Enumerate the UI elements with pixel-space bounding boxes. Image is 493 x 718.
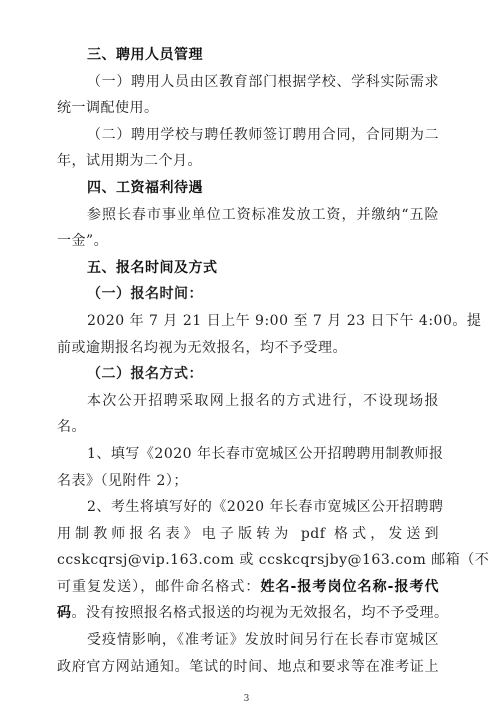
paragraph-line: 1、填写《2020 年长春市宽城区公开招聘聘用制教师报 [57,441,439,468]
paragraph-line: 受疫情影响，《准考证》发放时间另行在长春市宽城区 [57,627,439,654]
paragraph-line: （一）聘用人员由区教育部门根据学校、学科实际需求 [57,69,439,96]
paragraph-line: 码。没有按照报名格式报送的均视为无效报名，均不予受理。 [57,600,439,627]
page-number: 3 [0,694,493,704]
subheading-registration-time: （一）报名时间： [57,281,439,308]
section-3-heading: 三、聘用人员管理 [57,42,439,69]
naming-format-bold-end: 码 [57,605,72,621]
paragraph-line: 本次公开招聘采取网上报名的方式进行，不设现场报 [57,388,439,415]
invalid-registration-text: 。没有按照报名格式报送的均视为无效报名，均不予受理。 [72,605,449,621]
paragraph-line: 参照长春市事业单位工资标准发放工资，并缴纳“五险 [57,202,439,229]
subheading-registration-method: （二）报名方式： [57,361,439,388]
paragraph-line: 政府官方网站通知。笔试的时间、地点和要求等在准考证上 [57,654,439,681]
section-5-heading: 五、报名时间及方式 [57,255,439,282]
paragraph-line: 2、考生将填写好的《2020 年长春市宽城区公开招聘聘 [57,494,439,521]
paragraph-line: 名表》（见附件 2）； [57,468,439,495]
paragraph-line: 名。 [57,414,439,441]
paragraph-line: 2020 年 7 月 21 日上午 9:00 至 7 月 23 日下午 4:00… [57,308,439,335]
naming-format-label: 可重复发送），邮件命名格式： [57,579,260,595]
paragraph-line: 年，试用期为二个月。 [57,148,439,175]
naming-format-bold: 姓名-报考岗位名称-报考代 [260,579,439,595]
paragraph-line: （二）聘用学校与聘任教师签订聘用合同，合同期为二 [57,122,439,149]
document-page: 三、聘用人员管理 （一）聘用人员由区教育部门根据学校、学科实际需求 统一调配使用… [57,42,439,680]
email-addresses-line: ccskcqrsj@vip.163.com 或 ccskcqrsjby@163.… [57,547,439,574]
paragraph-line: 一金”。 [57,228,439,255]
paragraph-line: 统一调配使用。 [57,95,439,122]
section-4-heading: 四、工资福利待遇 [57,175,439,202]
paragraph-line: 用制教师报名表》电子版转为 pdf 格式，发送到 [57,521,439,548]
paragraph-line: 可重复发送），邮件命名格式：姓名-报考岗位名称-报考代 [57,574,439,601]
paragraph-line: 前或逾期报名均视为无效报名，均不予受理。 [57,335,439,362]
